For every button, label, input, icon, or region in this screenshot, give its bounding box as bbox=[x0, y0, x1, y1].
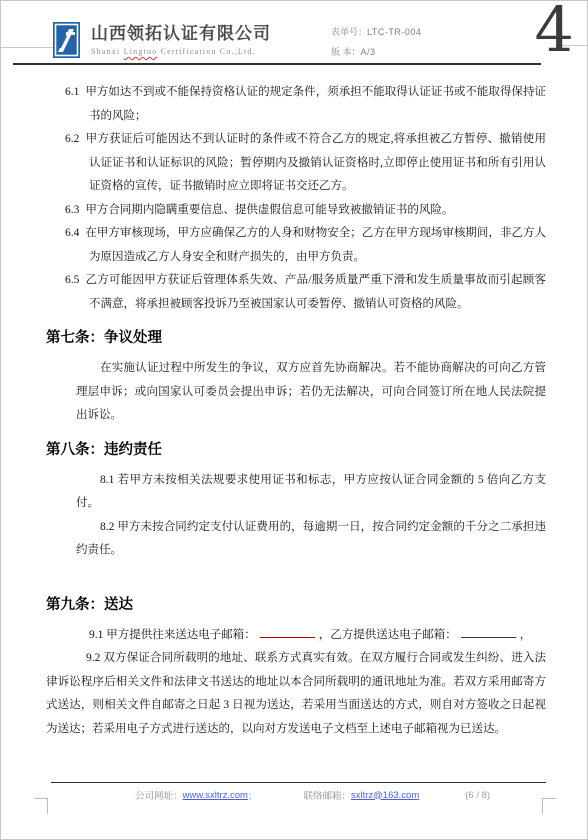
company-name-en: Shanxi Lingtuo Certification Co.,Ltd. bbox=[91, 47, 331, 56]
company-en-lingtuo: Lingtuo bbox=[124, 47, 158, 56]
clause-number: 6.3 bbox=[65, 204, 79, 216]
version-row: 版 本：A/3 bbox=[331, 45, 421, 58]
clause-number: 6.5 bbox=[65, 274, 79, 286]
clause-6-5: 6.5乙方可能因甲方获证后管理体系失效、产品/服务质量严重下滑和发生质量事故而引… bbox=[65, 269, 546, 316]
header-rule bbox=[13, 63, 541, 65]
party-b-email-blank-field[interactable] bbox=[461, 626, 516, 638]
company-name: 山西领拓认证有限公司 bbox=[91, 19, 331, 44]
form-number-label: 表单号： bbox=[331, 27, 367, 37]
clause-text: 甲方合同期内隐瞒重要信息、提供虚假信息可能导致被撤销证书的风险。 bbox=[85, 204, 453, 216]
section-8-heading: 第八条：违约责任 bbox=[46, 438, 546, 462]
clause-9-1-prefix: 9.1 甲方提供往来送达电子邮箱： bbox=[89, 629, 256, 641]
clause-9-1-suffix: ， bbox=[520, 629, 532, 641]
clause-6-3: 6.3甲方合同期内隐瞒重要信息、提供虚假信息可能导致被撤销证书的风险。 bbox=[65, 199, 546, 223]
footer-separator: ； bbox=[248, 788, 258, 802]
form-info: 表单号：LTC-TR-004 版 本：A/3 bbox=[331, 25, 421, 65]
version-label: 版 本： bbox=[331, 47, 361, 57]
clause-number: 6.1 bbox=[65, 86, 79, 98]
section-9-heading: 第九条：送达 bbox=[46, 593, 546, 617]
chapter-numeral: 4 bbox=[535, 0, 574, 63]
section-7-paragraph: 在实施认证过程中所发生的争议，双方应首先协商解决。若不能协商解决的可向乙方管理层… bbox=[76, 357, 546, 428]
clause-9-1-middle: ，乙方提供送达电子邮箱： bbox=[319, 629, 457, 641]
clause-text: 甲方如达不到或不能保持资格认证的规定条件，须承担不能取得认证证书或不能取得保持证… bbox=[85, 86, 546, 122]
clause-6-2: 6.2甲方获证后可能因达不到认证时的条件或不符合乙方的规定,将承担被乙方暂停、撤… bbox=[65, 128, 546, 199]
form-number-row: 表单号：LTC-TR-004 bbox=[331, 25, 421, 38]
clause-number: 6.4 bbox=[65, 227, 79, 239]
footer-row: 公司网址： www.sxltrz.com ； 联络邮箱： sxltrz@163.… bbox=[51, 788, 546, 802]
email-link[interactable]: sxltrz@163.com bbox=[351, 790, 419, 801]
clause-text: 在甲方审核现场，甲方应确保乙方的人身和财物安全；乙方在甲方现场审核期间，非乙方人… bbox=[85, 227, 546, 263]
party-a-email-blank-field[interactable] bbox=[260, 626, 315, 638]
company-logo-icon bbox=[53, 22, 80, 58]
document-body: 6.1甲方如达不到或不能保持资格认证的规定条件，须承担不能取得认证证书或不能取得… bbox=[46, 81, 546, 741]
form-number-value: LTC-TR-004 bbox=[367, 27, 421, 37]
clause-6-4: 6.4在甲方审核现场，甲方应确保乙方的人身和财物安全；乙方在甲方现场审核期间，非… bbox=[65, 222, 546, 269]
page-footer: 公司网址： www.sxltrz.com ； 联络邮箱： sxltrz@163.… bbox=[51, 782, 546, 802]
crop-mark-bottom-right bbox=[542, 798, 556, 814]
page-header: 山西领拓认证有限公司 Shanxi Lingtuo Certification … bbox=[1, 1, 587, 81]
clause-text: 甲方获证后可能因达不到认证时的条件或不符合乙方的规定,将承担被乙方暂停、撤销使用… bbox=[85, 133, 546, 192]
website-label: 公司网址： bbox=[135, 788, 183, 802]
section-7-heading: 第七条：争议处理 bbox=[46, 326, 546, 350]
clause-number: 6.2 bbox=[65, 133, 79, 145]
crop-mark-bottom-left bbox=[34, 798, 48, 814]
clause-8-2: 8.2 甲方未按合同约定支付认证费用的，每逾期一日，按合同约定金额的千分之二承担… bbox=[76, 516, 546, 563]
version-value: A/3 bbox=[361, 47, 376, 57]
page-number-indicator: (6 / 8) bbox=[465, 790, 490, 801]
email-label: 联络邮箱： bbox=[303, 788, 351, 802]
header-left-divider bbox=[1, 47, 53, 48]
clause-text: 乙方可能因甲方获证后管理体系失效、产品/服务质量严重下滑和发生质量事故而引起顾客… bbox=[85, 274, 546, 310]
clause-8-1: 8.1 若甲方未按相关法规要求使用证书和标志，甲方应按认证合同金额的 5 倍向乙… bbox=[76, 469, 546, 516]
clause-9-2: 9.2 双方保证合同所载明的地址、联系方式真实有效。在双方履行合同或发生纠纷、进… bbox=[46, 647, 546, 741]
document-page: 山西领拓认证有限公司 Shanxi Lingtuo Certification … bbox=[0, 0, 588, 840]
company-en-post: Certification Co.,Ltd. bbox=[157, 47, 255, 56]
company-identity: 山西领拓认证有限公司 Shanxi Lingtuo Certification … bbox=[91, 19, 331, 56]
website-link[interactable]: www.sxltrz.com bbox=[183, 790, 248, 801]
clause-9-1: 9.1 甲方提供往来送达电子邮箱：，乙方提供送达电子邮箱：， bbox=[65, 624, 546, 648]
company-en-pre: Shanxi bbox=[91, 47, 124, 56]
clause-6-1: 6.1甲方如达不到或不能保持资格认证的规定条件，须承担不能取得认证证书或不能取得… bbox=[65, 81, 546, 128]
